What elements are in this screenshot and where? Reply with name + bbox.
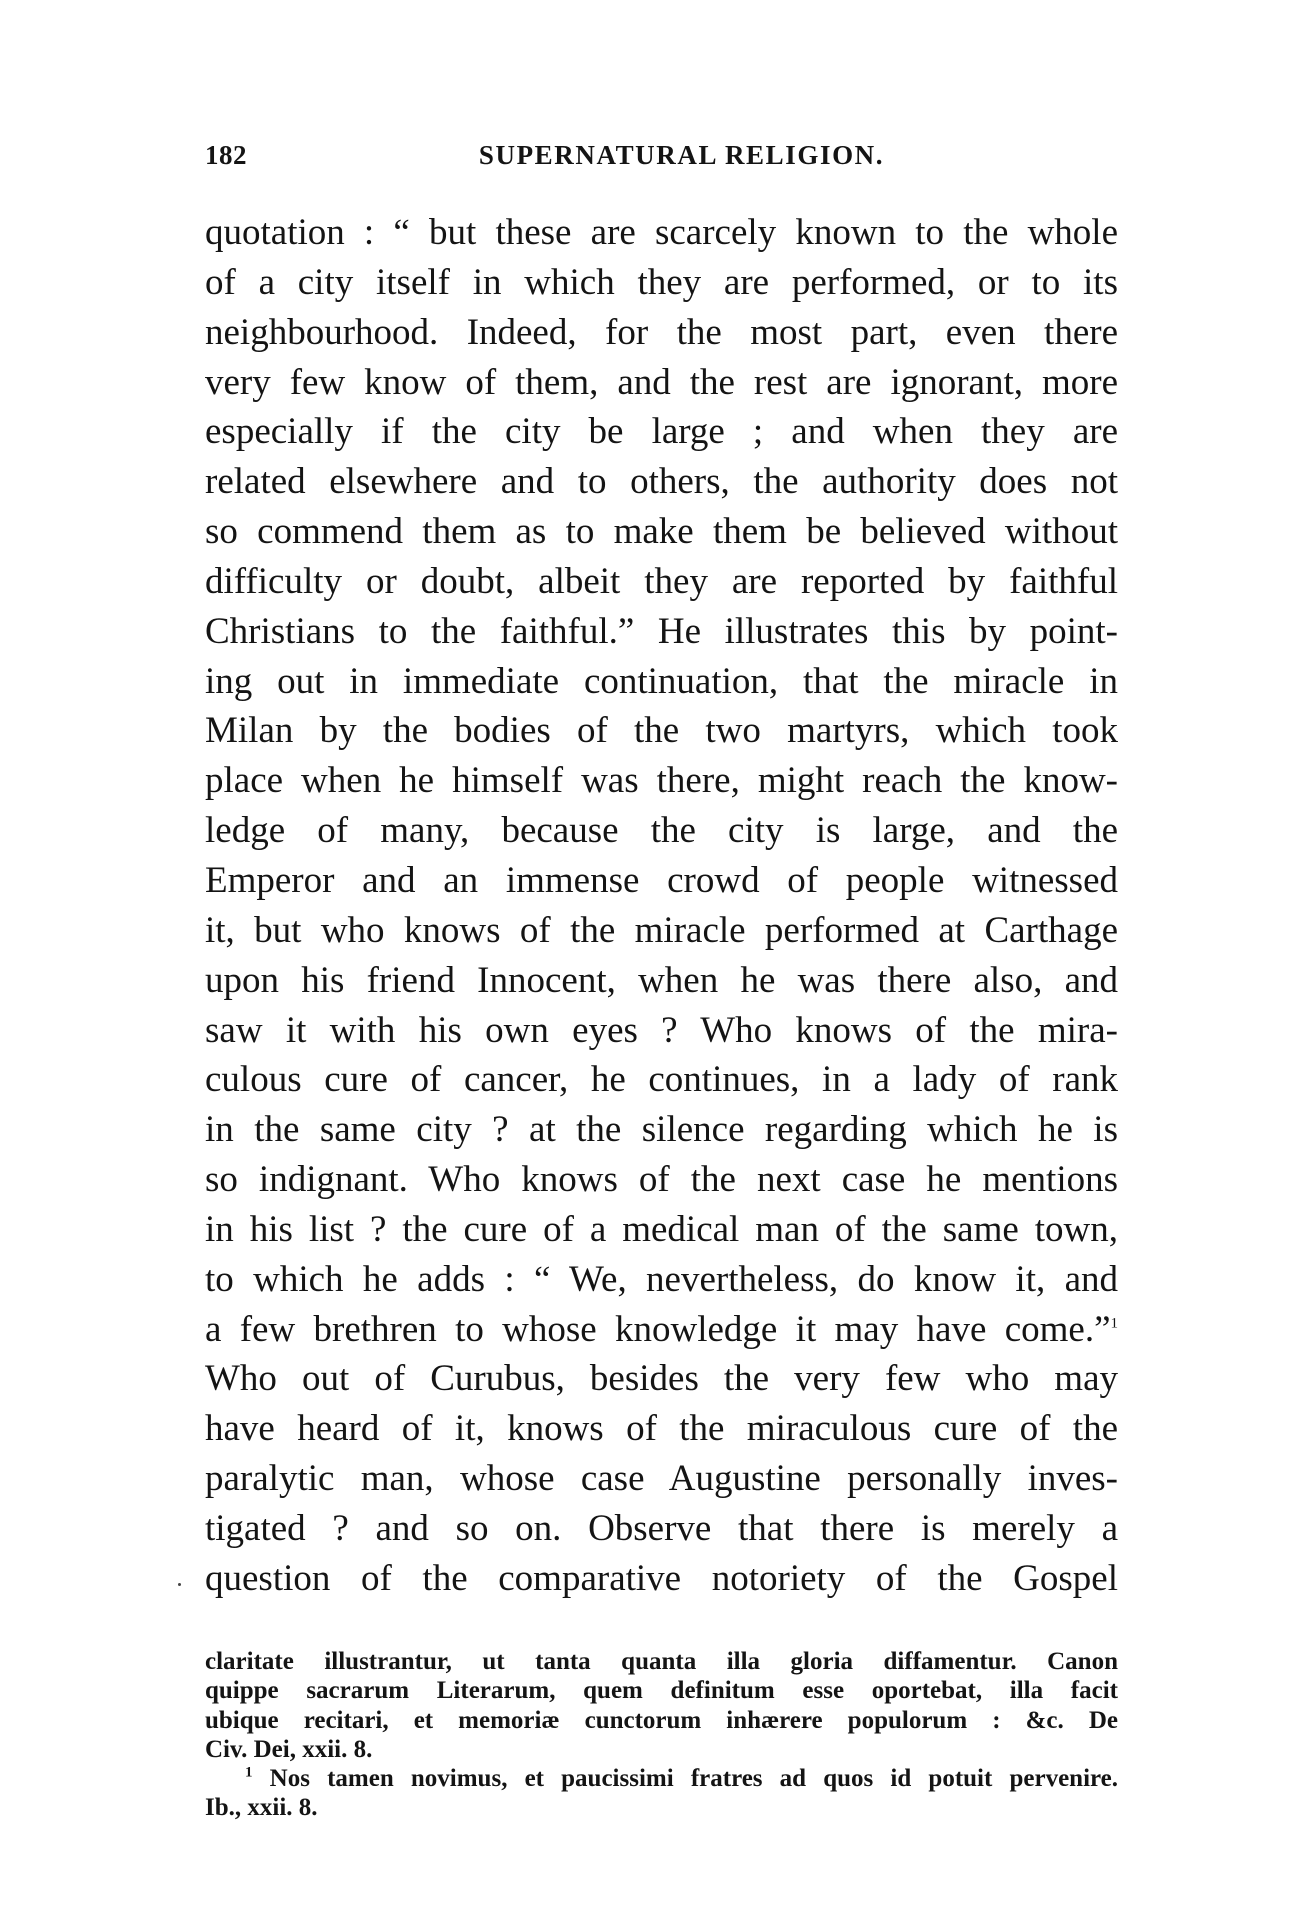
footnote-1: 1 Nos tamen novimus, et paucissimi fratr…: [205, 1764, 1118, 1793]
book-page: 182 SUPERNATURAL RELIGION. quotation : “…: [0, 0, 1292, 1925]
text-line: ledge of many, because the city is large…: [205, 806, 1118, 856]
text-line: quotation : “ but these are scarcely kno…: [205, 208, 1118, 258]
footnote-reference: 1: [1111, 1315, 1119, 1331]
text-line: Who out of Curubus, besides the very few…: [205, 1354, 1118, 1404]
footnote-continued-line: ubique recitari, et memoriæ cunctorum in…: [205, 1706, 1118, 1735]
body-text: quotation : “ but these are scarcely kno…: [205, 208, 1118, 1604]
text-line: culous cure of cancer, he continues, in …: [205, 1055, 1118, 1105]
text-line: especially if the city be large ; and wh…: [205, 407, 1118, 457]
running-head-title: SUPERNATURAL RELIGION.: [205, 140, 1118, 171]
text-line: in his list ? the cure of a medical man …: [205, 1205, 1118, 1255]
text-line: upon his friend Innocent, when he was th…: [205, 956, 1118, 1006]
footnote-marker: 1: [245, 1765, 253, 1781]
margin-speck: [178, 1583, 181, 1586]
text-line: it, but who knows of the miracle perform…: [205, 906, 1118, 956]
footnote-continued-line: claritate illustrantur, ut tanta quanta …: [205, 1647, 1118, 1676]
text-line: question of the comparative notoriety of…: [205, 1554, 1118, 1604]
text-line: ing out in immediate continuation, that …: [205, 657, 1118, 707]
footnote-continued-line: quippe sacrarum Literarum, quem definitu…: [205, 1676, 1118, 1705]
text-line-content: a few brethren to whose knowledge it may…: [205, 1309, 1111, 1350]
text-line: so commend them as to make them be belie…: [205, 507, 1118, 557]
footnote-continued-line: Civ. Dei, xxii. 8.: [205, 1735, 1118, 1764]
text-line: in the same city ? at the silence regard…: [205, 1105, 1118, 1155]
text-line: Milan by the bodies of the two martyrs, …: [205, 706, 1118, 756]
text-line: tigated ? and so on. Observe that there …: [205, 1504, 1118, 1554]
footnote-1-text: Nos tamen novimus, et paucissimi fratres…: [270, 1765, 1118, 1792]
footnotes: claritate illustrantur, ut tanta quanta …: [205, 1647, 1118, 1823]
text-line: paralytic man, whose case Augustine pers…: [205, 1454, 1118, 1504]
text-line: Emperor and an immense crowd of people w…: [205, 856, 1118, 906]
text-line: to which he adds : “ We, nevertheless, d…: [205, 1255, 1118, 1305]
footnote-1-citation: Ib., xxii. 8.: [205, 1793, 1118, 1822]
text-line: so indignant. Who knows of the next case…: [205, 1155, 1118, 1205]
text-line: of a city itself in which they are perfo…: [205, 258, 1118, 308]
text-line: have heard of it, knows of the miraculou…: [205, 1404, 1118, 1454]
text-line-with-footnote-ref: a few brethren to whose knowledge it may…: [205, 1305, 1118, 1355]
text-line: related elsewhere and to others, the aut…: [205, 457, 1118, 507]
page-header: 182 SUPERNATURAL RELIGION.: [205, 140, 1118, 180]
text-line: place when he himself was there, might r…: [205, 756, 1118, 806]
text-line: Christians to the faithful.” He illustra…: [205, 607, 1118, 657]
text-line: neighbourhood. Indeed, for the most part…: [205, 308, 1118, 358]
text-line: saw it with his own eyes ? Who knows of …: [205, 1006, 1118, 1056]
text-line: difficulty or doubt, albeit they are rep…: [205, 557, 1118, 607]
text-line: very few know of them, and the rest are …: [205, 358, 1118, 408]
